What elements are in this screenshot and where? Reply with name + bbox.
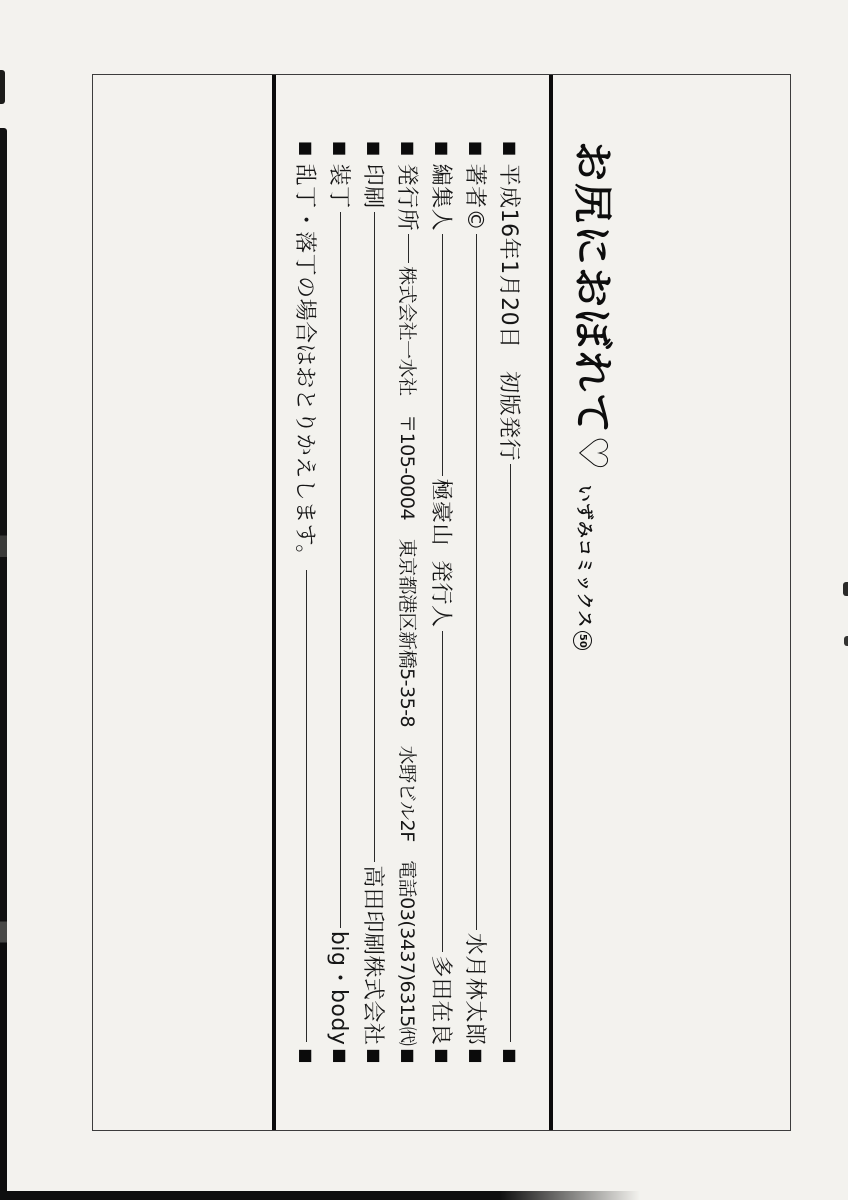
row-printer: ■ 印刷 高田印刷株式会社 ■ xyxy=(360,141,389,1064)
leader-line xyxy=(306,570,307,1043)
scan-edge-speck xyxy=(843,582,848,596)
editor-label: 編集人 xyxy=(427,164,458,232)
author-value: 水月林太郎 xyxy=(461,933,492,1046)
scan-edge-speck-2 xyxy=(844,636,848,646)
leader-line xyxy=(374,212,375,863)
end-square: ■ xyxy=(503,1048,519,1064)
series-label: いずみコミックス50 xyxy=(572,485,599,651)
printer-label: 印刷 xyxy=(359,164,390,209)
leader-line xyxy=(408,234,409,263)
thick-rule-bottom xyxy=(272,75,276,1130)
bullet-square: ■ xyxy=(503,141,519,157)
bullet-square: ■ xyxy=(299,141,315,157)
bullet-square: ■ xyxy=(469,141,485,157)
leader-line xyxy=(442,631,443,953)
title-row: お尻におぼれて♡ いずみコミックス50 xyxy=(567,141,624,1130)
publisher-value: 株式会社一水社 〒105-0004 東京都港区新橋5-35-8 水野ビル2F 電… xyxy=(395,266,422,1045)
row-design: ■ 装丁 big・body ■ xyxy=(326,141,355,1064)
end-square: ■ xyxy=(401,1048,417,1064)
book-title: お尻におぼれて♡ xyxy=(567,141,624,473)
bullet-square: ■ xyxy=(435,141,451,157)
end-square: ■ xyxy=(435,1048,451,1064)
scan-edge-top-blob xyxy=(0,70,5,104)
row-edition: ■ 平成16年1月20日 初版発行 ■ xyxy=(496,141,525,1064)
end-square: ■ xyxy=(333,1048,349,1064)
thick-rule-top xyxy=(549,75,553,1130)
editor-value: 極豪山 xyxy=(427,479,458,547)
end-square: ■ xyxy=(367,1048,383,1064)
row-defect-notice: ■ 乱丁・落丁の場合はおとりかえします。 ■ xyxy=(292,141,321,1064)
rotated-colophon-block: お尻におぼれて♡ いずみコミックス50 ■ 平成16年1月20日 初版発行 ■ … xyxy=(93,75,790,1130)
leader-line xyxy=(340,212,341,928)
edition-label: 平成16年1月20日 初版発行 xyxy=(495,164,526,462)
volume-badge: 50 xyxy=(573,631,592,650)
notice-label: 乱丁・落丁の場合はおとりかえします。 xyxy=(291,164,322,567)
printer-value: 高田印刷株式会社 xyxy=(359,865,390,1045)
design-value: big・body xyxy=(325,931,356,1045)
publisher-person-value: 多田在良 xyxy=(427,955,458,1045)
bullet-square: ■ xyxy=(401,141,417,157)
row-editor-publisher-person: ■ 編集人 極豪山 発行人 多田在良 ■ xyxy=(428,141,457,1064)
end-square: ■ xyxy=(299,1048,315,1064)
row-author: ■ 著者© 水月林太郎 ■ xyxy=(462,141,491,1064)
leader-line xyxy=(442,234,443,475)
series-name: いずみコミックス xyxy=(574,485,594,629)
scan-edge-bottom xyxy=(0,1191,640,1200)
leader-line xyxy=(476,234,477,930)
end-square: ■ xyxy=(469,1048,485,1064)
author-label: 著者© xyxy=(461,164,492,232)
row-publisher: ■ 発行所 株式会社一水社 〒105-0004 東京都港区新橋5-35-8 水野… xyxy=(394,141,423,1064)
bullet-square: ■ xyxy=(367,141,383,157)
design-label: 装丁 xyxy=(325,164,356,209)
colophon-frame: お尻におぼれて♡ いずみコミックス50 ■ 平成16年1月20日 初版発行 ■ … xyxy=(92,74,791,1131)
scan-edge-left xyxy=(0,128,7,1200)
publisher-label: 発行所 xyxy=(393,164,424,232)
scanned-page: { "colors": { "paper": "#f3f2ee", "ink":… xyxy=(0,0,848,1200)
leader-line xyxy=(510,464,511,1042)
colophon-rows: ■ 平成16年1月20日 初版発行 ■ ■ 著者© 水月林太郎 ■ ■ 編集人 … xyxy=(292,141,525,1064)
bullet-square: ■ xyxy=(333,141,349,157)
publisher-person-label: 発行人 xyxy=(427,560,458,628)
